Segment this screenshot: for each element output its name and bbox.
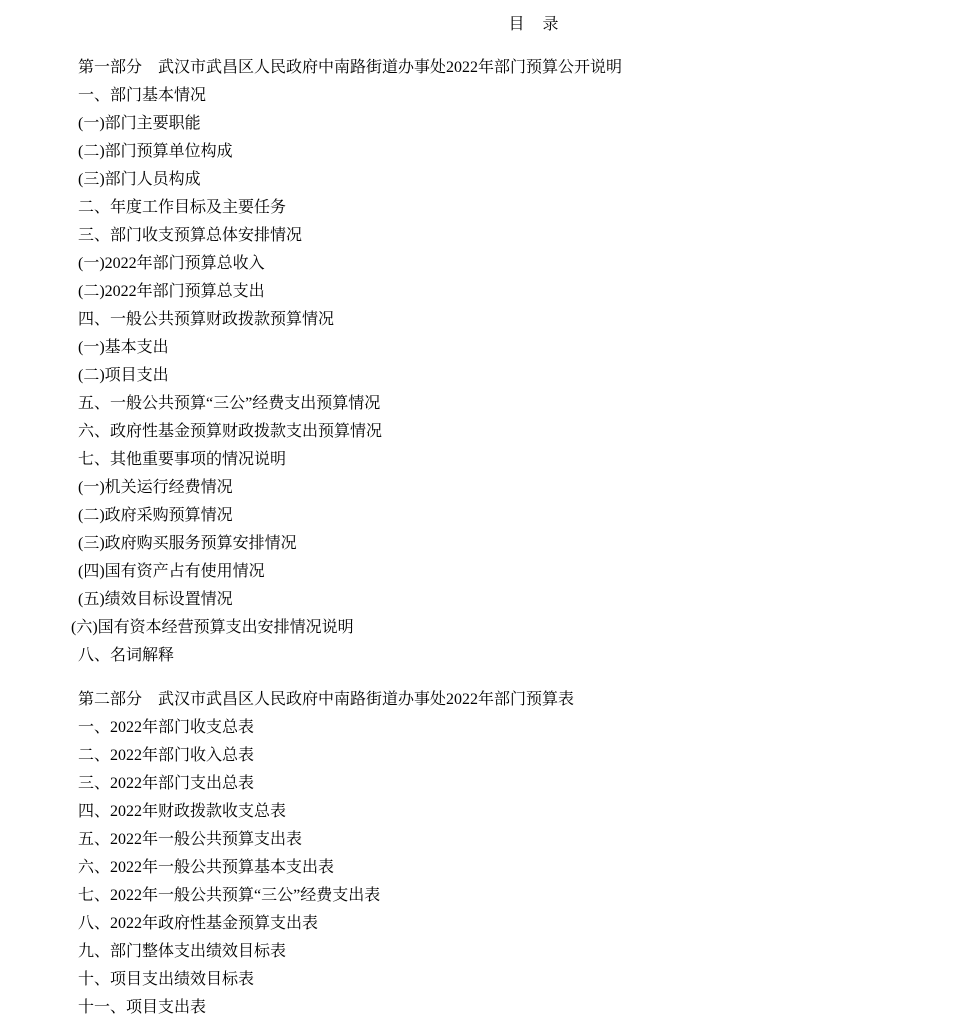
toc-entry: (四)国有资产占有使用情况: [0, 558, 968, 586]
toc-entry: (一)2022年部门预算总收入: [0, 250, 968, 278]
toc-entry: 一、2022年部门收支总表: [0, 714, 968, 742]
toc-entry: 八、名词解释: [0, 642, 968, 670]
toc-entry: (二)政府采购预算情况: [0, 502, 968, 530]
toc-entry: (一)部门主要职能: [0, 110, 968, 138]
toc-entry: (五)绩效目标设置情况: [0, 586, 968, 614]
toc-part-1: 第一部分 武汉市武昌区人民政府中南路街道办事处2022年部门预算公开说明 一、部…: [0, 54, 968, 670]
toc-entry: 十、项目支出绩效目标表: [0, 966, 968, 994]
toc-entry: (一)基本支出: [0, 334, 968, 362]
page-title: 目 录: [0, 11, 968, 39]
toc-entry: 四、2022年财政拨款收支总表: [0, 798, 968, 826]
toc-entry: 二、年度工作目标及主要任务: [0, 194, 968, 222]
toc-entry: 二、2022年部门收入总表: [0, 742, 968, 770]
toc-entry: (二)部门预算单位构成: [0, 138, 968, 166]
toc-entry: 十一、项目支出表: [0, 994, 968, 1020]
part-2-heading: 第二部分 武汉市武昌区人民政府中南路街道办事处2022年部门预算表: [0, 686, 968, 714]
toc-entry: 三、2022年部门支出总表: [0, 770, 968, 798]
toc-entry: 一、部门基本情况: [0, 82, 968, 110]
toc-entry: (一)机关运行经费情况: [0, 474, 968, 502]
toc-entry: (三)部门人员构成: [0, 166, 968, 194]
toc-entry: 三、部门收支预算总体安排情况: [0, 222, 968, 250]
toc-entry: 五、一般公共预算“三公”经费支出预算情况: [0, 390, 968, 418]
toc-entry: (二)项目支出: [0, 362, 968, 390]
toc-entry: 六、政府性基金预算财政拨款支出预算情况: [0, 418, 968, 446]
toc-entry: (二)2022年部门预算总支出: [0, 278, 968, 306]
toc-entry: 五、2022年一般公共预算支出表: [0, 826, 968, 854]
toc-entry: 九、部门整体支出绩效目标表: [0, 938, 968, 966]
part-1-heading: 第一部分 武汉市武昌区人民政府中南路街道办事处2022年部门预算公开说明: [0, 54, 968, 82]
toc-entry: 六、2022年一般公共预算基本支出表: [0, 854, 968, 882]
toc-entry: (三)政府购买服务预算安排情况: [0, 530, 968, 558]
toc-entry: 四、一般公共预算财政拨款预算情况: [0, 306, 968, 334]
toc-entry: (六)国有资本经营预算支出安排情况说明: [0, 614, 968, 642]
document-page: 目 录 第一部分 武汉市武昌区人民政府中南路街道办事处2022年部门预算公开说明…: [0, 11, 968, 1020]
toc-entry: 八、2022年政府性基金预算支出表: [0, 910, 968, 938]
toc-entry: 七、2022年一般公共预算“三公”经费支出表: [0, 882, 968, 910]
toc-part-2: 第二部分 武汉市武昌区人民政府中南路街道办事处2022年部门预算表 一、2022…: [0, 686, 968, 1020]
toc-entry: 七、其他重要事项的情况说明: [0, 446, 968, 474]
